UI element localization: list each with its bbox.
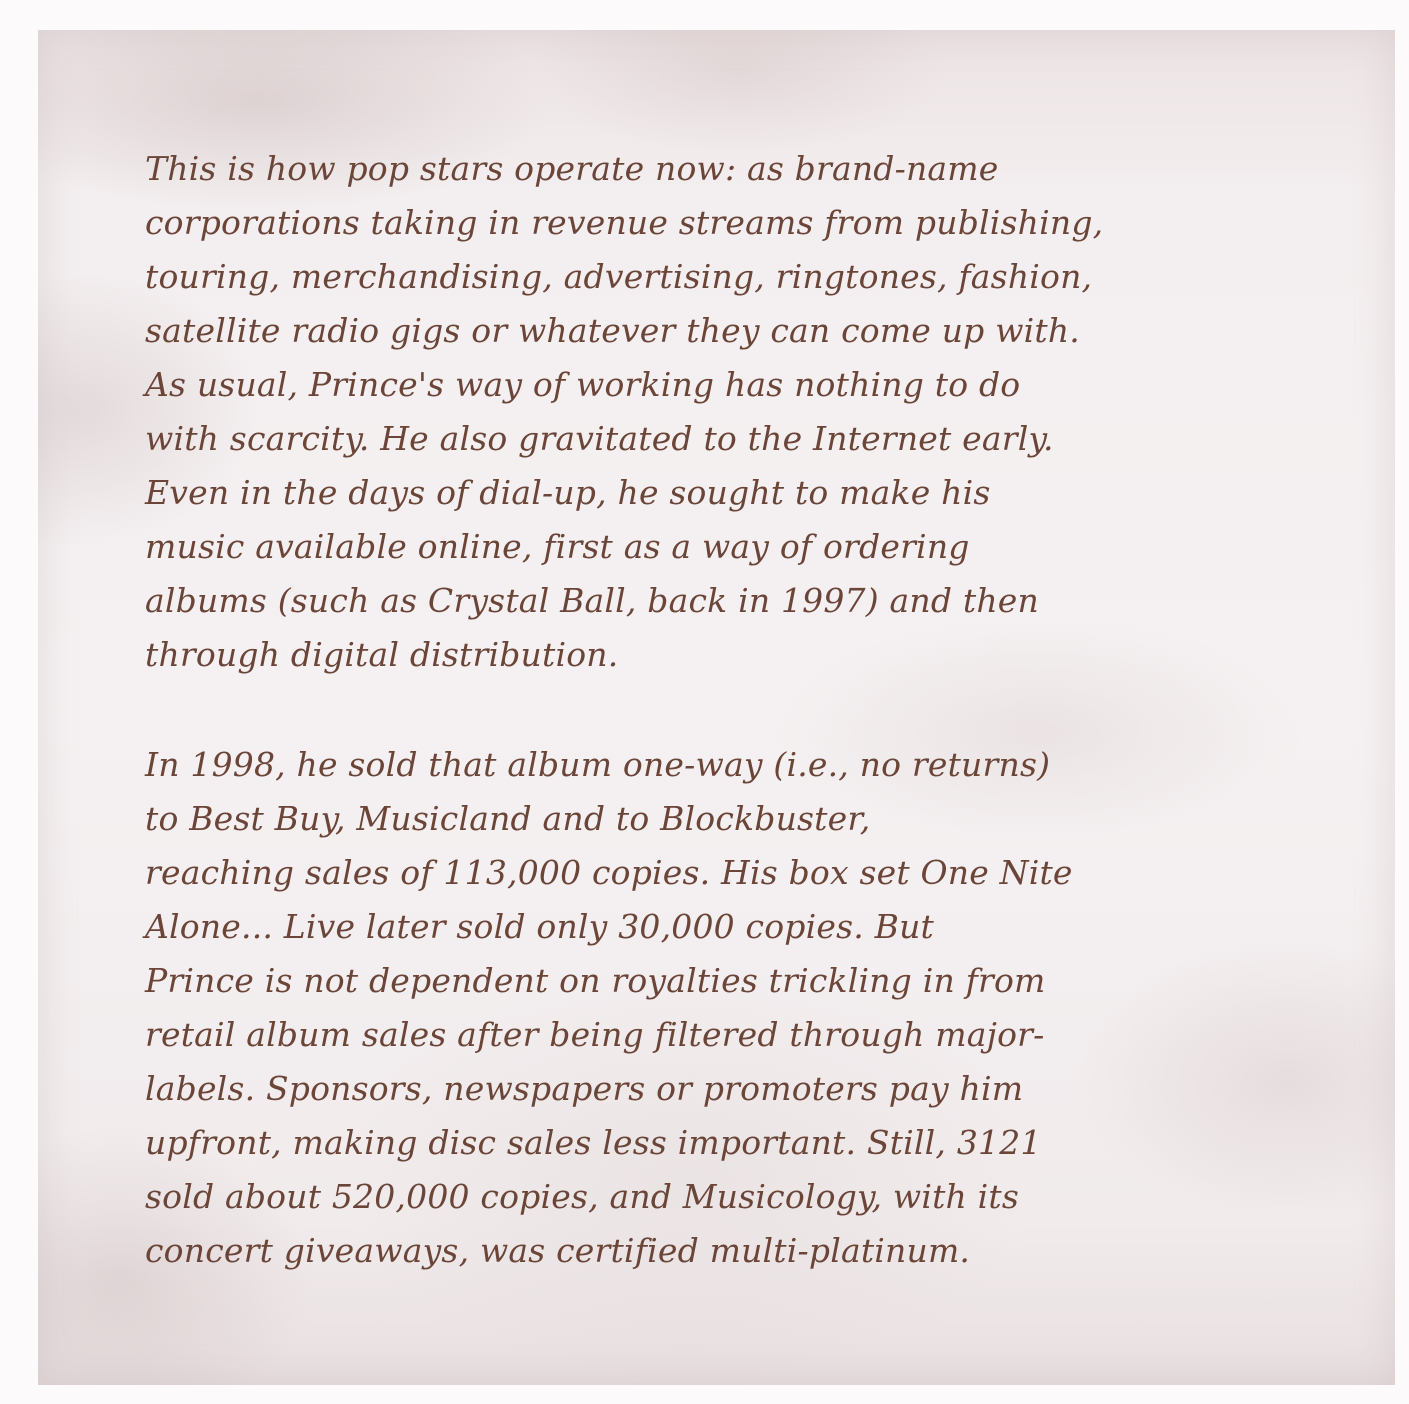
text-line: Prince is not dependent on royalties tri… <box>145 954 1375 1008</box>
paragraph-2: In 1998, he sold that album one-way (i.e… <box>145 738 1375 1278</box>
text-line: corporations taking in revenue streams f… <box>145 196 1375 250</box>
text-line: reaching sales of 113,000 copies. His bo… <box>145 846 1375 900</box>
text-line: upfront, making disc sales less importan… <box>145 1116 1375 1170</box>
text-line: concert giveaways, was certified multi-p… <box>145 1224 1375 1278</box>
text-line: sold about 520,000 copies, and Musicolog… <box>145 1170 1375 1224</box>
text-line: to Best Buy, Musicland and to Blockbuste… <box>145 792 1375 846</box>
text-line: In 1998, he sold that album one-way (i.e… <box>145 738 1375 792</box>
text-line: with scarcity. He also gravitated to the… <box>145 412 1375 466</box>
handwritten-text-block: This is how pop stars operate now: as br… <box>145 142 1375 1278</box>
text-line: albums (such as Crystal Ball, back in 19… <box>145 574 1375 628</box>
text-line: satellite radio gigs or whatever they ca… <box>145 304 1375 358</box>
paragraph-1: This is how pop stars operate now: as br… <box>145 142 1375 682</box>
text-line: Even in the days of dial-up, he sought t… <box>145 466 1375 520</box>
text-line: touring, merchandising, advertising, rin… <box>145 250 1375 304</box>
text-line: Alone... Live later sold only 30,000 cop… <box>145 900 1375 954</box>
text-line: This is how pop stars operate now: as br… <box>145 142 1375 196</box>
page: This is how pop stars operate now: as br… <box>0 0 1409 1404</box>
text-line: retail album sales after being filtered … <box>145 1008 1375 1062</box>
text-line: music available online, first as a way o… <box>145 520 1375 574</box>
text-line: labels. Sponsors, newspapers or promoter… <box>145 1062 1375 1116</box>
paragraph-spacer <box>145 682 1375 738</box>
text-line: through digital distribution. <box>145 628 1375 682</box>
text-line: As usual, Prince's way of working has no… <box>145 358 1375 412</box>
